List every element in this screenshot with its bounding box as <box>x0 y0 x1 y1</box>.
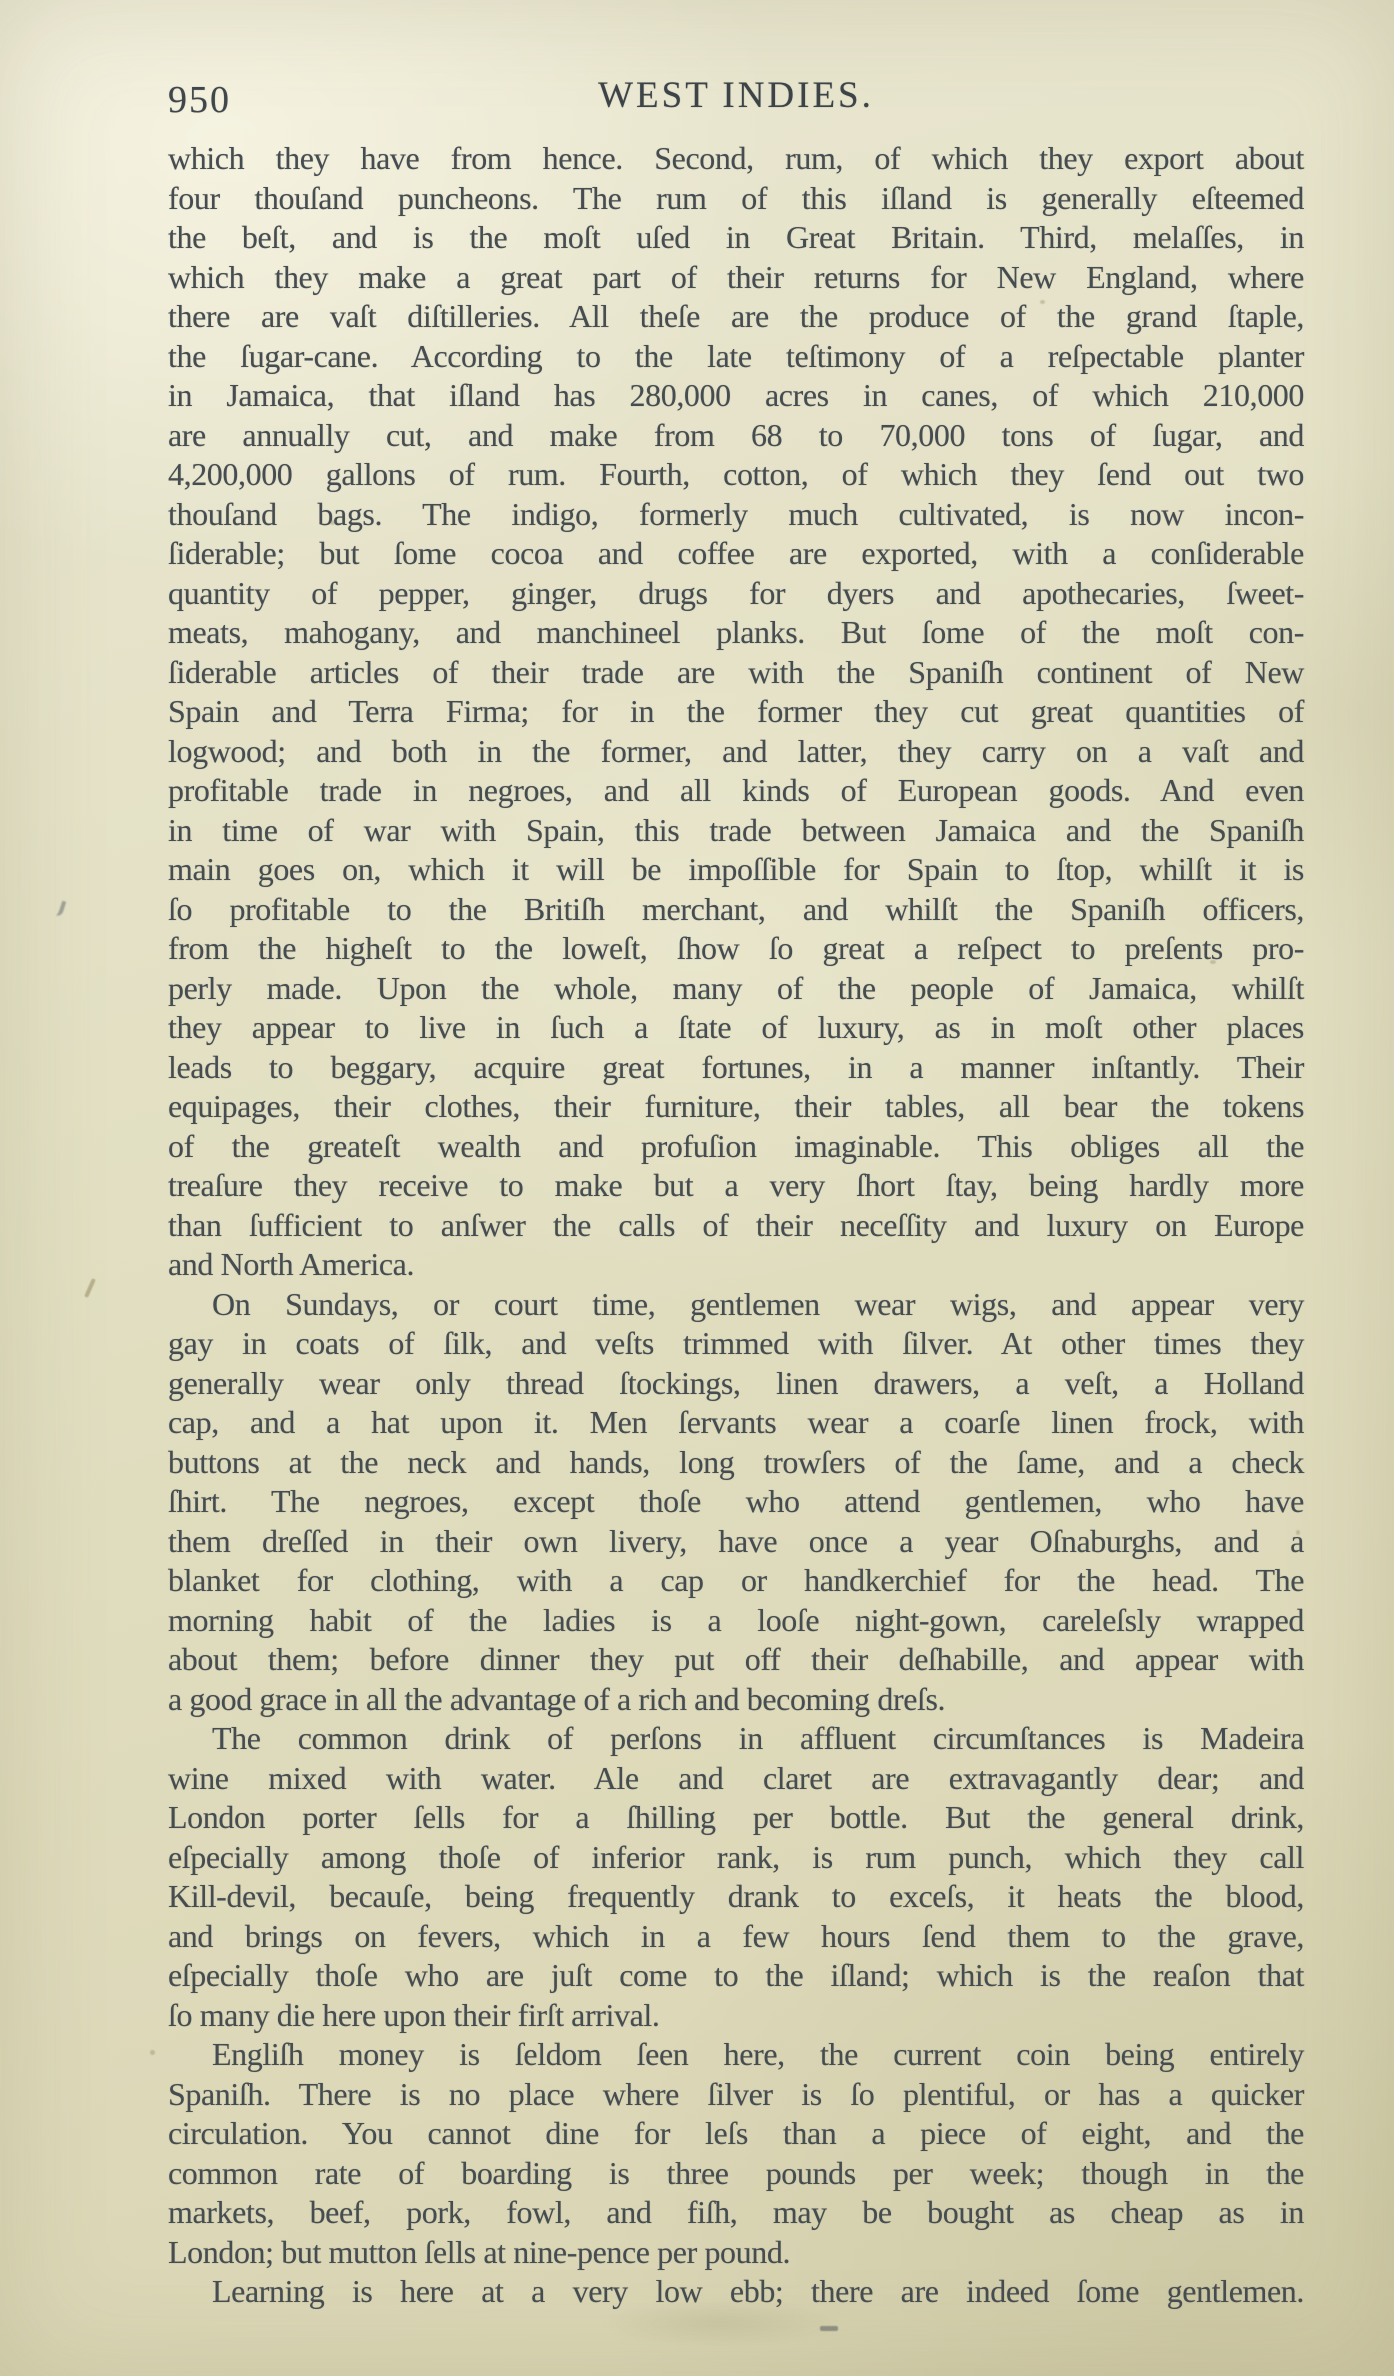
text-line: in Jamaica, that iſland has 280,000 acre… <box>168 376 1304 416</box>
text-line: eſpecially among thoſe of inferior rank,… <box>168 1838 1304 1878</box>
text-line: gay in coats of ſilk, and veſts trimmed … <box>168 1324 1304 1364</box>
text-line: about them; before dinner they put off t… <box>168 1640 1304 1680</box>
paragraph: Engliſh money is ſeldom ſeen here, the c… <box>168 2035 1304 2272</box>
text-line: blanket for clothing, with a cap or hand… <box>168 1561 1304 1601</box>
text-line: perly made. Upon the whole, many of the … <box>168 969 1304 1009</box>
text-line: ſhirt. The negroes, except thoſe who att… <box>168 1482 1304 1522</box>
text-line: On Sundays, or court time, gentlemen wea… <box>168 1285 1304 1325</box>
text-line: morning habit of the ladies is a looſe n… <box>168 1601 1304 1641</box>
text-line: from the higheſt to the loweſt, ſhow ſo … <box>168 929 1304 969</box>
text-line: quantity of pepper, ginger, drugs for dy… <box>168 574 1304 614</box>
text-line: cap, and a hat upon it. Men ſervants wea… <box>168 1403 1304 1443</box>
text-line: Learning is here at a very low ebb; ther… <box>168 2272 1304 2312</box>
stray-dash-mark <box>820 2326 838 2331</box>
paragraph: which they have from hence. Second, rum,… <box>168 139 1304 1285</box>
text-line: ſo many die here upon their firſt arriva… <box>168 1996 1304 2036</box>
page-header: 950 WEST INDIES. <box>168 74 1304 122</box>
text-line: them dreſſed in their own livery, have o… <box>168 1522 1304 1562</box>
text-line: 4,200,000 gallons of rum. Fourth, cotton… <box>168 455 1304 495</box>
text-line: Spaniſh. There is no place where ſilver … <box>168 2075 1304 2115</box>
book-page-scan: 950 WEST INDIES. which they have from he… <box>0 0 1394 2376</box>
page-number: 950 <box>168 78 231 122</box>
text-line: ſiderable articles of their trade are wi… <box>168 653 1304 693</box>
text-line: and North America. <box>168 1245 1304 1285</box>
text-line: there are vaſt diſtilleries. All theſe a… <box>168 297 1304 337</box>
text-line: which they make a great part of their re… <box>168 258 1304 298</box>
text-line: logwood; and both in the former, and lat… <box>168 732 1304 772</box>
text-line: ſiderable; but ſome cocoa and coffee are… <box>168 534 1304 574</box>
text-line: Engliſh money is ſeldom ſeen here, the c… <box>168 2035 1304 2075</box>
text-line: a good grace in all the advantage of a r… <box>168 1680 1304 1720</box>
text-line: London porter ſells for a ſhilling per b… <box>168 1798 1304 1838</box>
text-line: wine mixed with water. Ale and claret ar… <box>168 1759 1304 1799</box>
paper-speckle <box>150 2050 155 2055</box>
text-line: equipages, their clothes, their furnitur… <box>168 1087 1304 1127</box>
text-line: thouſand bags. The indigo, formerly much… <box>168 495 1304 535</box>
text-line: of the greateſt wealth and profuſion ima… <box>168 1127 1304 1167</box>
text-line: eſpecially thoſe who are juſt come to th… <box>168 1956 1304 1996</box>
text-line: they appear to live in ſuch a ſtate of l… <box>168 1008 1304 1048</box>
margin-ink-mark <box>84 1278 96 1298</box>
text-line: Kill-devil, becauſe, being frequently dr… <box>168 1877 1304 1917</box>
page-title: WEST INDIES. <box>168 74 1304 117</box>
text-line: which they have from hence. Second, rum,… <box>168 139 1304 179</box>
text-line: London; but mutton ſells at nine-pence p… <box>168 2233 1304 2273</box>
text-line: The common drink of perſons in affluent … <box>168 1719 1304 1759</box>
page-body-text: which they have from hence. Second, rum,… <box>168 139 1304 2312</box>
text-line: leads to beggary, acquire great fortunes… <box>168 1048 1304 1088</box>
text-line: markets, beef, pork, fowl, and fiſh, may… <box>168 2193 1304 2233</box>
text-line: generally wear only thread ſtockings, li… <box>168 1364 1304 1404</box>
text-line: treaſure they receive to make but a very… <box>168 1166 1304 1206</box>
text-line: in time of war with Spain, this trade be… <box>168 811 1304 851</box>
text-line: Spain and Terra Firma; for in the former… <box>168 692 1304 732</box>
text-line: the beſt, and is the moſt uſed in Great … <box>168 218 1304 258</box>
text-line: are annually cut, and make from 68 to 70… <box>168 416 1304 456</box>
text-line: the ſugar-cane. According to the late te… <box>168 337 1304 377</box>
text-line: circulation. You cannot dine for leſs th… <box>168 2114 1304 2154</box>
text-line: profitable trade in negroes, and all kin… <box>168 771 1304 811</box>
paragraph: On Sundays, or court time, gentlemen wea… <box>168 1285 1304 1720</box>
paragraph: The common drink of perſons in affluent … <box>168 1719 1304 2035</box>
margin-ink-mark <box>52 899 66 917</box>
text-line: main goes on, which it will be impoſſibl… <box>168 850 1304 890</box>
text-line: and brings on fevers, which in a few hou… <box>168 1917 1304 1957</box>
text-line: than ſufficient to anſwer the calls of t… <box>168 1206 1304 1246</box>
text-line: meats, mahogany, and manchineel planks. … <box>168 613 1304 653</box>
text-line: buttons at the neck and hands, long trow… <box>168 1443 1304 1483</box>
text-line: four thouſand puncheons. The rum of this… <box>168 179 1304 219</box>
text-line: ſo profitable to the Britiſh merchant, a… <box>168 890 1304 930</box>
paragraph: Learning is here at a very low ebb; ther… <box>168 2272 1304 2312</box>
text-line: common rate of boarding is three pounds … <box>168 2154 1304 2194</box>
